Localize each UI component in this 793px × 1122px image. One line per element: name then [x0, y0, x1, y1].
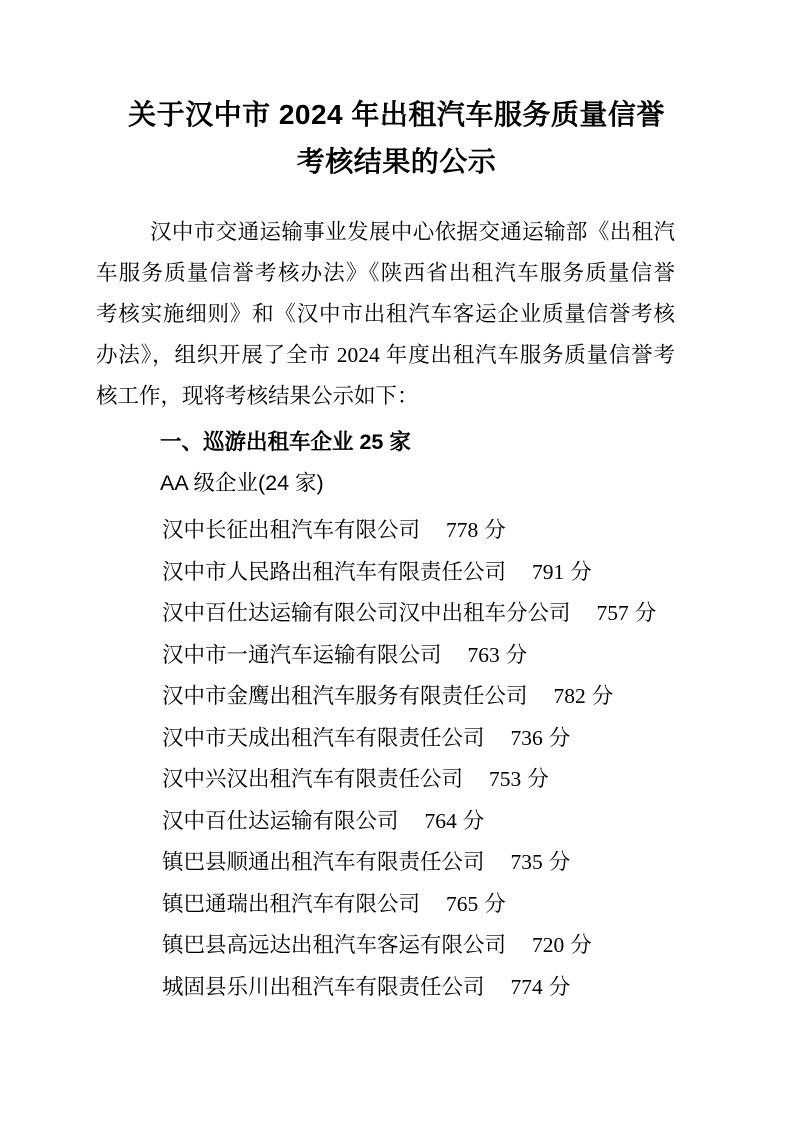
company-name: 汉中百仕达运输有限公司汉中出租车分公司 — [162, 601, 571, 625]
company-row: 汉中百仕达运输有限公司汉中出租车分公司757分 — [96, 593, 675, 635]
company-row: 镇巴县顺通出租汽车有限责任公司735分 — [96, 842, 675, 884]
score-unit: 分 — [484, 892, 506, 916]
company-row: 镇巴县高远达出租汽车客运有限公司720分 — [96, 925, 675, 967]
company-name: 汉中百仕达运输有限公司 — [162, 809, 399, 833]
company-score-list: 汉中长征出租汽车有限公司778分 汉中市人民路出租汽车有限责任公司791分 汉中… — [96, 510, 675, 1008]
company-name: 汉中市一通汽车运输有限公司 — [162, 643, 442, 667]
company-name: 汉中市人民路出租汽车有限责任公司 — [162, 560, 506, 584]
company-name: 汉中长征出租汽车有限公司 — [162, 518, 420, 542]
score-unit: 分 — [635, 601, 657, 625]
company-name: 镇巴通瑞出租汽车有限公司 — [162, 892, 420, 916]
score-unit: 分 — [549, 975, 571, 999]
score-unit: 分 — [549, 850, 571, 874]
score-unit: 分 — [527, 767, 549, 791]
company-row: 汉中市天成出租汽车有限责任公司736分 — [96, 718, 675, 760]
company-row: 汉中市一通汽车运输有限公司763分 — [96, 635, 675, 677]
company-name: 镇巴县高远达出租汽车客运有限公司 — [162, 933, 506, 957]
document-title: 关于汉中市 2024 年出租汽车服务质量信誉 考核结果的公示 — [96, 91, 697, 185]
section-heading-cruising-taxi: 一、巡游出租车企业 25 家 — [96, 422, 675, 463]
company-row: 汉中长征出租汽车有限公司778分 — [96, 510, 675, 552]
company-name: 汉中市金鹰出租汽车服务有限责任公司 — [162, 684, 528, 708]
paragraph-line: 办法》，组织开展了全市 2024 年度出租汽车服务质量信誉考 — [96, 335, 675, 376]
paragraph-line: 车服务质量信誉考核办法》《陕西省出租汽车服务质量信誉 — [96, 253, 675, 294]
score-unit: 分 — [463, 809, 485, 833]
score-unit: 分 — [570, 933, 592, 957]
document-title-line-1: 关于汉中市 2024 年出租汽车服务质量信誉 — [96, 91, 697, 138]
score-unit: 分 — [549, 726, 571, 750]
company-name: 镇巴县顺通出租汽车有限责任公司 — [162, 850, 485, 874]
company-score: 720 — [532, 933, 564, 957]
company-name: 汉中兴汉出租汽车有限责任公司 — [162, 767, 463, 791]
intro-paragraph: 汉中市交通运输事业发展中心依据交通运输部《出租汽 车服务质量信誉考核办法》《陕西… — [96, 212, 675, 417]
score-unit: 分 — [570, 560, 592, 584]
company-row: 汉中市金鹰出租汽车服务有限责任公司782分 — [96, 676, 675, 718]
company-score: 736 — [511, 726, 543, 750]
document-title-line-2: 考核结果的公示 — [96, 138, 697, 185]
company-name: 汉中市天成出租汽车有限责任公司 — [162, 726, 485, 750]
company-name: 城固县乐川出租汽车有限责任公司 — [162, 975, 485, 999]
company-score: 753 — [489, 767, 521, 791]
company-score: 791 — [532, 560, 564, 584]
paragraph-line: 考核实施细则》和《汉中市出租汽车客运企业质量信誉考核 — [96, 294, 675, 335]
company-row: 城固县乐川出租汽车有限责任公司774分 — [96, 967, 675, 1009]
company-row: 汉中市人民路出租汽车有限责任公司791分 — [96, 552, 675, 594]
company-score: 763 — [468, 643, 500, 667]
company-score: 782 — [554, 684, 586, 708]
company-row: 汉中兴汉出租汽车有限责任公司753分 — [96, 759, 675, 801]
score-unit: 分 — [484, 518, 506, 542]
grade-heading-aa: AA 级企业(24 家) — [96, 463, 675, 504]
paragraph-line: 核工作，现将考核结果公示如下： — [96, 376, 675, 417]
score-unit: 分 — [506, 643, 528, 667]
company-score: 735 — [511, 850, 543, 874]
paragraph-line: 汉中市交通运输事业发展中心依据交通运输部《出租汽 — [96, 212, 675, 253]
company-score: 774 — [511, 975, 543, 999]
company-score: 764 — [425, 809, 457, 833]
company-row: 汉中百仕达运输有限公司764分 — [96, 801, 675, 843]
company-row: 镇巴通瑞出租汽车有限公司765分 — [96, 884, 675, 926]
company-score: 765 — [446, 892, 478, 916]
company-score: 778 — [446, 518, 478, 542]
document-page: 关于汉中市 2024 年出租汽车服务质量信誉 考核结果的公示 汉中市交通运输事业… — [0, 0, 793, 1122]
company-score: 757 — [597, 601, 629, 625]
score-unit: 分 — [592, 684, 614, 708]
